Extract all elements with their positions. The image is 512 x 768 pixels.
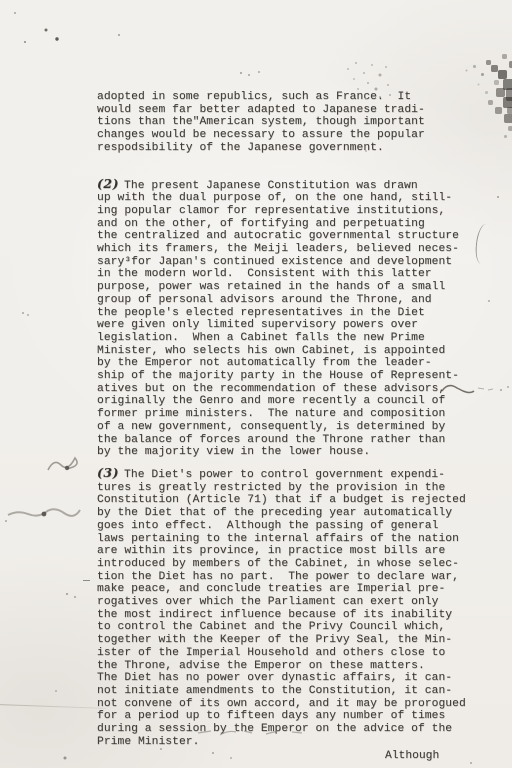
pencil-smudge-left-margin: [6, 505, 86, 523]
paragraph: (3)The Diet's power to control governmen…: [97, 467, 497, 748]
pencil-scribble-left-margin: [46, 450, 88, 478]
paragraph-marker: (2): [97, 176, 119, 191]
scratch-line-bottom-left: [0, 704, 106, 709]
paragraph: (2)The present Japanese Constitution was…: [97, 178, 497, 459]
pencil-dash-left-margin: [83, 580, 90, 581]
pencil-dashes-after-prime-minister: [196, 724, 316, 742]
ink-stain-top-right: [452, 44, 453, 45]
catchword: Although: [385, 750, 439, 762]
document-text: adopted in some republics, such as Franc…: [97, 91, 497, 748]
speckle-cluster-top: [345, 58, 347, 60]
paper-speckles: [0, 0, 2, 2]
paragraph: adopted in some republics, such as Franc…: [97, 91, 497, 155]
scanned-document-page: adopted in some republics, such as Franc…: [0, 0, 512, 768]
pencil-squiggle-after-council-of: [440, 380, 496, 398]
paragraph-marker: (3): [97, 465, 119, 480]
